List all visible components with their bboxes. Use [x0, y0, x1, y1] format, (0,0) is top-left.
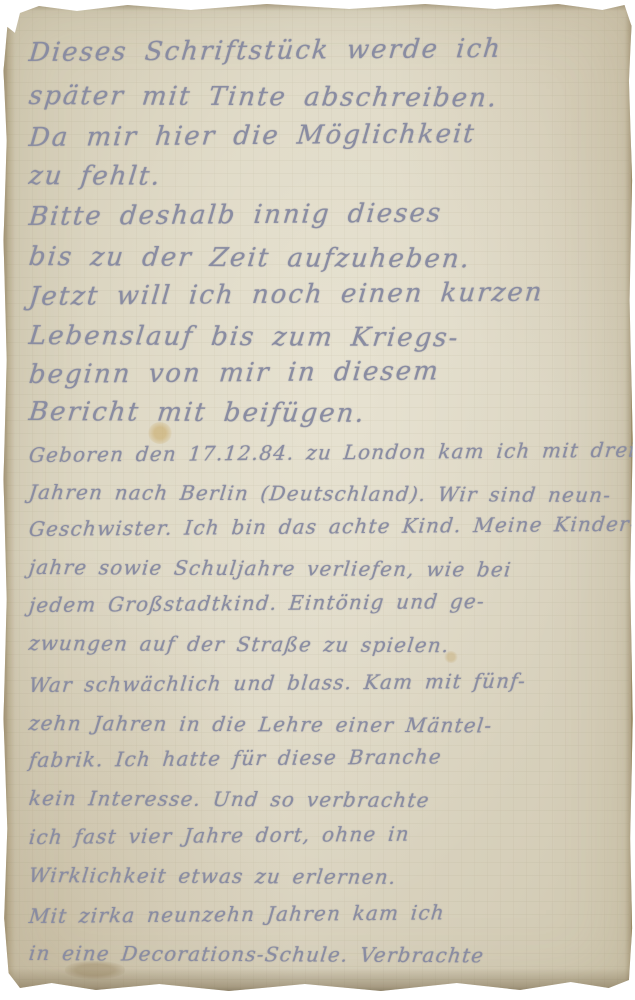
handwritten-line: Jetzt will ich noch einen kurzen	[28, 277, 545, 312]
handwritten-line: ich fast vier Jahre dort, ohne in	[28, 822, 411, 849]
handwritten-line: in eine Decorations-Schule. Verbrachte	[28, 941, 486, 967]
handwritten-line: Wirklichkeit etwas zu erlernen.	[28, 863, 398, 889]
handwriting: Dieses Schriftstück werde ich später mit…	[1, 1, 634, 998]
handwritten-line: Jahren nach Berlin (Deutschland). Wir si…	[28, 480, 613, 507]
handwritten-line: zu fehlt.	[27, 161, 163, 192]
handwritten-line: Geschwister. Ich bin das achte Kind. Mei…	[28, 512, 635, 541]
manuscript-page: Dieses Schriftstück werde ich später mit…	[1, 1, 634, 998]
handwritten-line: Mit zirka neunzehn Jahren kam ich	[28, 900, 446, 928]
handwritten-line: zwungen auf der Straße zu spielen.	[28, 631, 451, 657]
handwritten-line: zehn Jahren in die Lehre einer Mäntel-	[28, 711, 494, 737]
handwritten-line: jahre sowie Schuljahre verliefen, wie be…	[28, 555, 513, 582]
handwritten-line: bis zu der Zeit aufzuheben.	[27, 242, 472, 274]
handwritten-line: Geboren den 17.12.84. zu London kam ich …	[28, 438, 635, 467]
photo-background: Dieses Schriftstück werde ich später mit…	[0, 0, 635, 1000]
handwritten-line: jedem Großstadtkind. Eintönig und ge-	[28, 589, 486, 617]
handwritten-line: Dieses Schriftstück werde ich	[28, 34, 504, 68]
handwritten-line: fabrik. Ich hatte für diese Branche	[28, 744, 443, 772]
handwritten-line: Da mir hier die Möglichkeit	[28, 119, 478, 153]
handwritten-line: War schwächlich und blass. Kam mit fünf-	[28, 669, 528, 697]
handwritten-line: Lebenslauf bis zum Kriegs-	[27, 321, 461, 353]
handwritten-line: Bitte deshalb innig dieses	[28, 198, 444, 232]
handwritten-line: Bericht mit beifügen.	[27, 397, 367, 429]
handwritten-line: beginn von mir in diesem	[28, 356, 442, 390]
handwritten-line: später mit Tinte abschreiben.	[27, 81, 499, 113]
handwritten-line: kein Interesse. Und so verbrachte	[28, 786, 431, 812]
